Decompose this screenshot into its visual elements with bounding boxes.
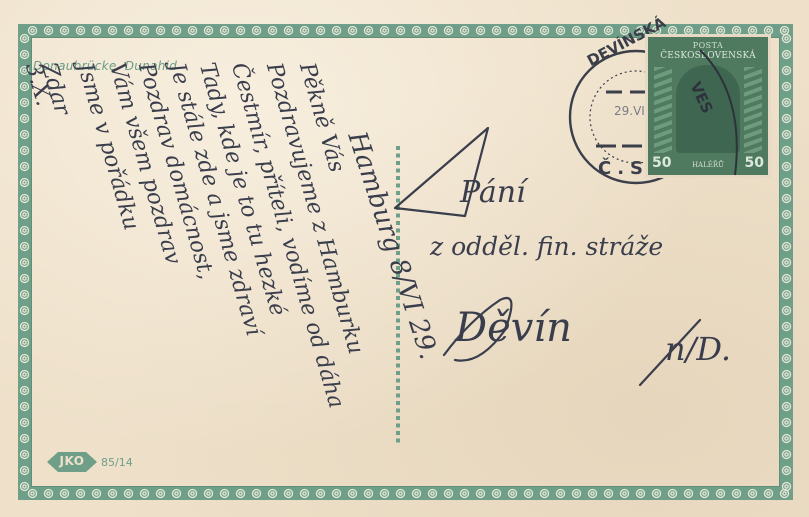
flourish-s <box>395 128 488 216</box>
flourish-d <box>444 298 511 361</box>
slash-stroke <box>640 320 700 385</box>
